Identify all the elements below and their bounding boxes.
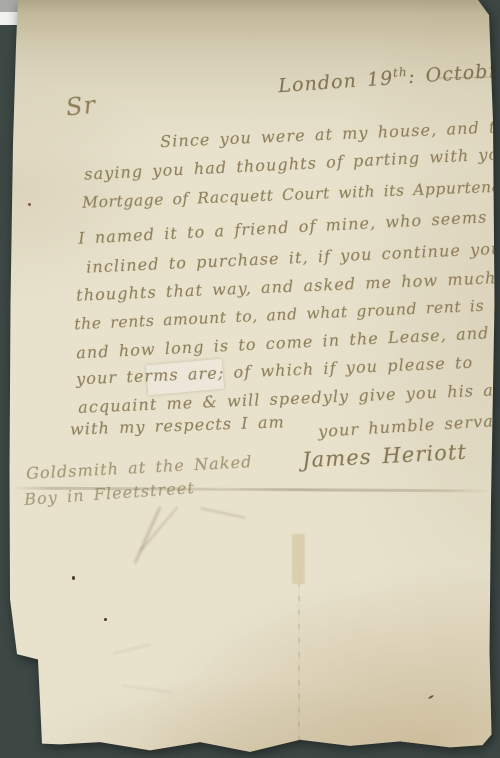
letter-paper: London 19th: Octobr 1702 Sr Since you we…: [0, 0, 500, 758]
ink-showthrough-mark: [134, 506, 162, 564]
dateline-ordinal: th: [393, 65, 409, 80]
ink-speck: [72, 576, 75, 580]
letter-paper-wrap: London 19th: Octobr 1702 Sr Since you we…: [0, 0, 500, 758]
ink-speck: [210, 750, 215, 753]
ink-showthrough-mark: [122, 684, 174, 693]
dateline-place-day: London 19: [278, 67, 395, 97]
dateline: London 19th: Octobr 1702: [278, 54, 500, 97]
salutation: Sr: [65, 91, 98, 122]
ink-speck: [428, 695, 434, 700]
closing: your humble servant: [318, 410, 500, 441]
ink-showthrough-mark: [200, 507, 245, 519]
foxing-speck: [28, 203, 31, 206]
body-line: with my respects I am: [70, 412, 285, 438]
address-note-line: Boy in Fleetstreet: [24, 478, 196, 509]
tape-residue-mark: [292, 534, 305, 584]
signature: James Heriott: [301, 440, 467, 473]
body-line: saying you had thoughts of parting with …: [84, 143, 500, 183]
vertical-fold-crease: [298, 568, 300, 754]
ink-speck: [64, 744, 68, 747]
ink-showthrough-mark: [112, 643, 151, 655]
body-line: Mortgage of Racquett Court with its Appu…: [82, 176, 500, 212]
ink-showthrough-mark: [140, 506, 179, 552]
address-note-line: Goldsmith at the Naked: [26, 452, 253, 483]
ink-speck: [104, 618, 107, 621]
letter-scan: London 19th: Octobr 1702 Sr Since you we…: [0, 0, 500, 758]
dateline-rest: : Octobr 1702: [407, 55, 500, 88]
